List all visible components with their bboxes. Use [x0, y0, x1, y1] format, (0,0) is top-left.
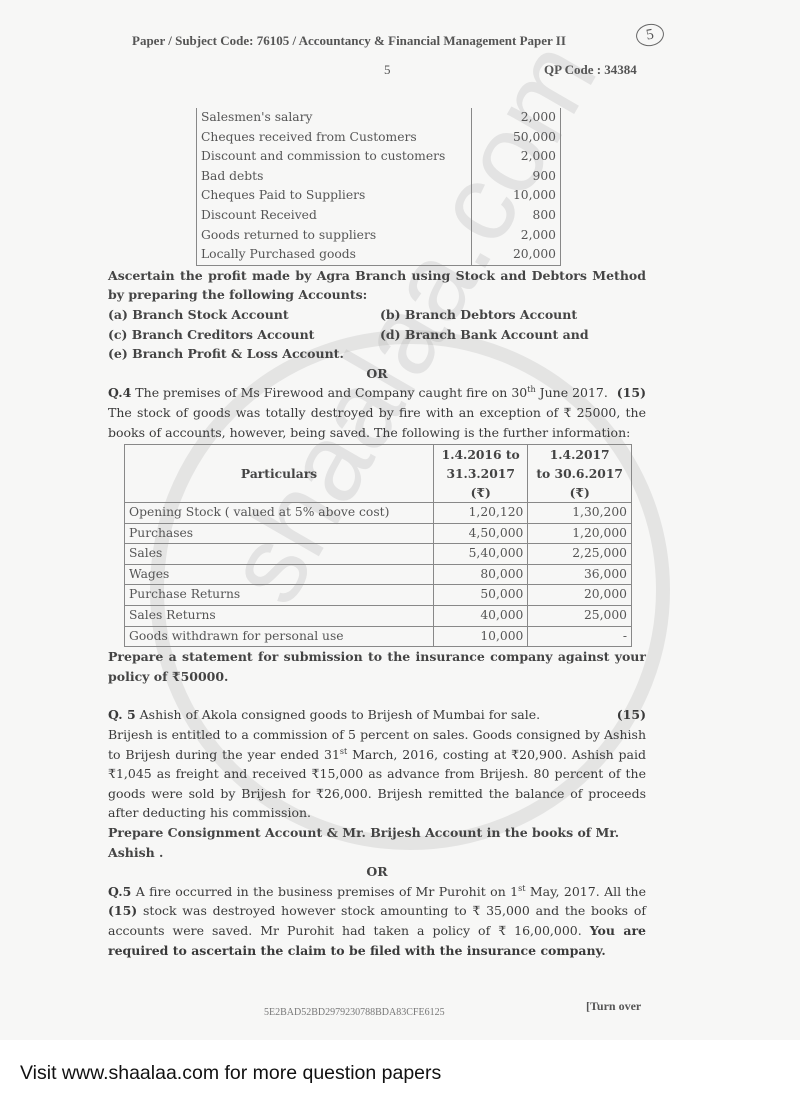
row-amount: 800: [472, 206, 561, 226]
cell-particular: Sales Returns: [125, 606, 434, 627]
q5a-body: Brijesh is entitled to a commission of 5…: [108, 725, 646, 823]
cell-particular: Wages: [125, 564, 434, 585]
q4-marks: (15): [617, 383, 646, 403]
question-content: Salesmen's salary2,000Cheques received f…: [108, 108, 646, 960]
cell-particular: Goods withdrawn for personal use: [125, 626, 434, 647]
table-row: Discount Received800: [197, 206, 561, 226]
table-row: Opening Stock ( valued at 5% above cost)…: [125, 503, 632, 524]
cell-y1: 40,000: [434, 606, 528, 627]
cell-y1: 4,50,000: [434, 523, 528, 544]
q3-accounts-row-2: (c) Branch Creditors Account (d) Branch …: [108, 325, 646, 345]
account-c: (c) Branch Creditors Account: [108, 325, 380, 345]
row-amount: 2,000: [472, 226, 561, 246]
row-label: Discount Received: [197, 206, 472, 226]
cell-y1: 10,000: [434, 626, 528, 647]
account-d: (d) Branch Bank Account and: [380, 325, 589, 345]
row-label: Discount and commission to customers: [197, 147, 472, 167]
or-divider: OR: [108, 364, 646, 384]
q5a-number: Q. 5: [108, 707, 136, 722]
cell-y2: -: [528, 626, 632, 647]
subject-header: Paper / Subject Code: 76105 / Accountanc…: [132, 33, 566, 49]
q5a-instruction: Prepare Consignment Account & Mr. Brijes…: [108, 823, 646, 862]
table-row: Purchase Returns50,00020,000: [125, 585, 632, 606]
visit-site-banner: Visit www.shaalaa.com for more question …: [20, 1062, 441, 1085]
fire-data-table: Particulars 1.4.2016 to 31.3.2017 (₹) 1.…: [124, 444, 632, 647]
account-e: (e) Branch Profit & Loss Account.: [108, 344, 646, 364]
col-header-particulars: Particulars: [125, 445, 434, 503]
q5b-body: Q.5 A fire occurred in the business prem…: [108, 882, 646, 960]
table-row: Purchases4,50,0001,20,000: [125, 523, 632, 544]
table-row: Sales Returns40,00025,000: [125, 606, 632, 627]
table-row: Discount and commission to customers2,00…: [197, 147, 561, 167]
table-row: Bad debts900: [197, 167, 561, 187]
q5a-marks: (15): [617, 705, 646, 725]
scanned-page: shaalaa.com Paper / Subject Code: 76105 …: [0, 0, 800, 1040]
row-amount: 50,000: [472, 128, 561, 148]
cell-y2: 1,30,200: [528, 503, 632, 524]
cell-y1: 5,40,000: [434, 544, 528, 565]
cell-particular: Opening Stock ( valued at 5% above cost): [125, 503, 434, 524]
table-row: Cheques received from Customers50,000: [197, 128, 561, 148]
table-row: Goods returned to suppliers2,000: [197, 226, 561, 246]
q4-instruction: Prepare a statement for submission to th…: [108, 647, 646, 686]
table-row: Wages80,00036,000: [125, 564, 632, 585]
page-number: 5: [384, 62, 391, 78]
row-label: Locally Purchased goods: [197, 245, 472, 265]
row-amount: 20,000: [472, 245, 561, 265]
table-row: Locally Purchased goods20,000: [197, 245, 561, 265]
row-amount: 2,000: [472, 108, 561, 128]
row-label: Cheques received from Customers: [197, 128, 472, 148]
paper-code-hash: 5E2BAD52BD2979230788BDA83CFE6125: [264, 1007, 445, 1018]
row-amount: 900: [472, 167, 561, 187]
row-label: Goods returned to suppliers: [197, 226, 472, 246]
q3-instruction: Ascertain the profit made by Agra Branch…: [108, 266, 646, 305]
account-a: (a) Branch Stock Account: [108, 305, 380, 325]
q4-heading: Q.4 The premises of Ms Firewood and Comp…: [108, 383, 646, 403]
q5b-number: Q.5: [108, 884, 131, 899]
cell-particular: Purchases: [125, 523, 434, 544]
cell-particular: Purchase Returns: [125, 585, 434, 606]
table-row: Goods withdrawn for personal use10,000-: [125, 626, 632, 647]
q5b-marks: (15): [108, 903, 137, 918]
cell-y1: 50,000: [434, 585, 528, 606]
table-row: Salesmen's salary2,000: [197, 108, 561, 128]
col-header-year1: 1.4.2016 to 31.3.2017 (₹): [434, 445, 528, 503]
row-label: Bad debts: [197, 167, 472, 187]
branch-transactions-table: Salesmen's salary2,000Cheques received f…: [196, 108, 561, 266]
table-row: Cheques Paid to Suppliers10,000: [197, 186, 561, 206]
cell-y1: 1,20,120: [434, 503, 528, 524]
q4-body: The stock of goods was totally destroyed…: [108, 403, 646, 442]
cell-y2: 36,000: [528, 564, 632, 585]
row-label: Cheques Paid to Suppliers: [197, 186, 472, 206]
handwritten-page-mark: 5: [634, 22, 665, 49]
q4-line1: Q.4 The premises of Ms Firewood and Comp…: [108, 383, 608, 403]
cell-y2: 1,20,000: [528, 523, 632, 544]
row-label: Salesmen's salary: [197, 108, 472, 128]
col-header-year2: 1.4.2017 to 30.6.2017 (₹): [528, 445, 632, 503]
q4-number: Q.4: [108, 385, 131, 400]
row-amount: 2,000: [472, 147, 561, 167]
cell-y2: 2,25,000: [528, 544, 632, 565]
q5a-heading: Q. 5 Ashish of Akola consigned goods to …: [108, 705, 646, 725]
or-divider-2: OR: [108, 862, 646, 882]
qp-code: QP Code : 34384: [544, 62, 637, 78]
cell-y2: 25,000: [528, 606, 632, 627]
q5a-line1: Q. 5 Ashish of Akola consigned goods to …: [108, 705, 540, 725]
row-amount: 10,000: [472, 186, 561, 206]
table-row: Sales5,40,0002,25,000: [125, 544, 632, 565]
cell-particular: Sales: [125, 544, 434, 565]
account-b: (b) Branch Debtors Account: [380, 305, 577, 325]
cell-y1: 80,000: [434, 564, 528, 585]
cell-y2: 20,000: [528, 585, 632, 606]
turn-over-note: [Turn over: [586, 999, 641, 1014]
q3-accounts-row-1: (a) Branch Stock Account (b) Branch Debt…: [108, 305, 646, 325]
